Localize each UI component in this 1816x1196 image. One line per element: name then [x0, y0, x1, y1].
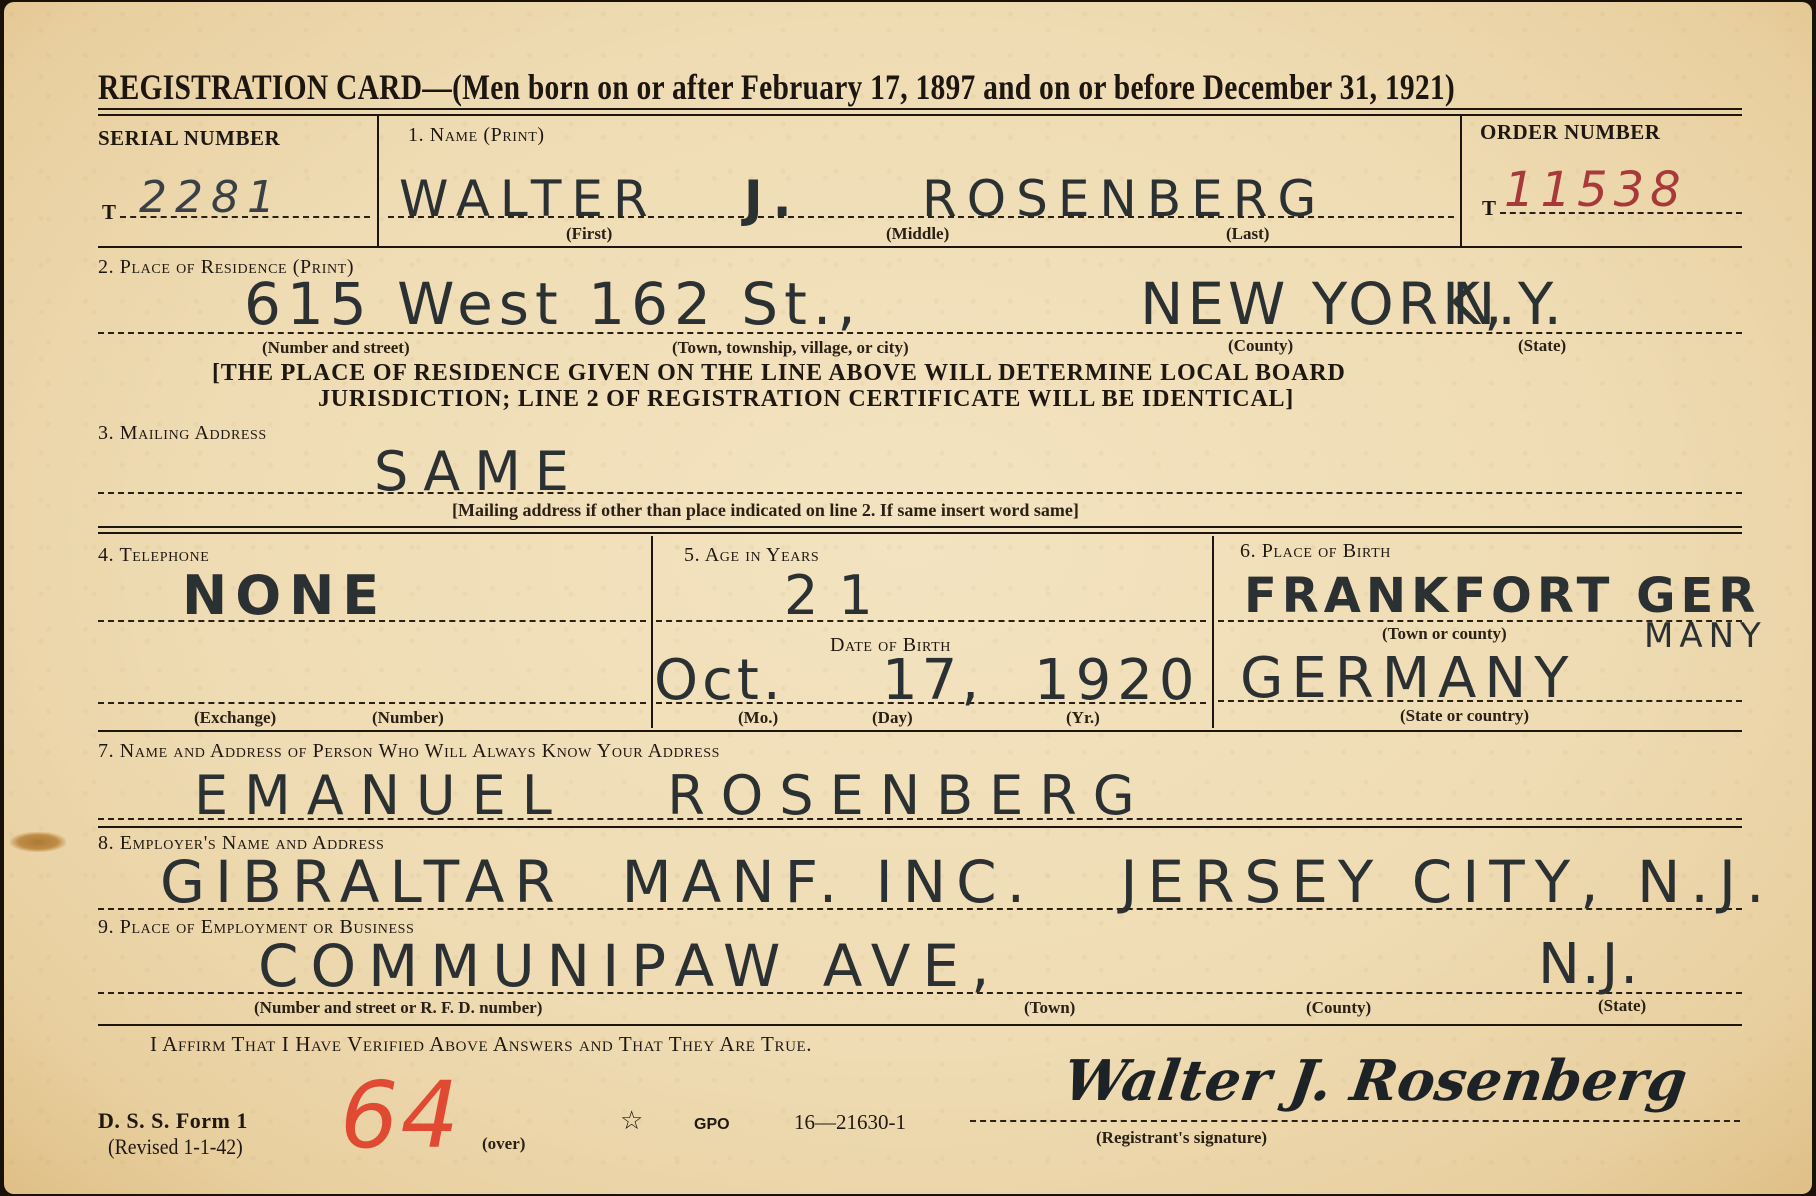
order-number-label: ORDER NUMBER	[1480, 120, 1660, 145]
rule	[98, 532, 1742, 534]
employment-county-sublabel: (County)	[1306, 998, 1371, 1018]
employment-state-sublabel: (State)	[1598, 996, 1646, 1016]
serial-prefix: T	[102, 200, 117, 225]
employment-town-sublabel: (Town)	[1024, 998, 1075, 1018]
rule	[98, 108, 1742, 110]
age-line	[656, 620, 1206, 622]
number-sublabel: (Number)	[372, 708, 444, 728]
birthplace-label: 6. Place of Birth	[1240, 540, 1391, 563]
rule	[98, 246, 1742, 248]
mo-sublabel: (Mo.)	[738, 708, 778, 728]
order-number-value: 11538	[1504, 162, 1687, 218]
registration-card: REGISTRATION CARD—(Men born on or after …	[4, 2, 1812, 1194]
mailing-value: SAME	[374, 440, 583, 503]
employment-street-sublabel: (Number and street or R. F. D. number)	[254, 998, 542, 1018]
red-crayon-number: 64	[340, 1062, 461, 1169]
order-prefix: T	[1482, 196, 1497, 221]
dob-day-value: 17,	[882, 648, 983, 713]
form-revised: (Revised 1-1-42)	[108, 1134, 243, 1160]
divider	[377, 116, 379, 248]
jurisdiction-notice-1: [THE PLACE OF RESIDENCE GIVEN ON THE LIN…	[212, 360, 1346, 387]
middle-initial-value: J.	[744, 170, 802, 228]
gpo-mark: GPO	[694, 1116, 730, 1134]
print-code: 16—21630-1	[794, 1110, 906, 1135]
birth-town-continued: MANY	[1644, 616, 1767, 656]
mailing-line	[98, 492, 1742, 494]
birth-country-value: GERMANY	[1240, 646, 1576, 711]
telephone-line-2	[98, 702, 646, 704]
yr-sublabel: (Yr.)	[1066, 708, 1100, 728]
last-sublabel: (Last)	[1226, 224, 1269, 244]
dob-month-value: Oct.	[654, 648, 785, 713]
affirmation-text: I Affirm That I Have Verified Above Answ…	[150, 1032, 812, 1057]
over-text: (over)	[482, 1134, 525, 1154]
birth-town-sublabel: (Town or county)	[1382, 624, 1507, 644]
serial-number-label: SERIAL NUMBER	[98, 126, 280, 151]
residence-county-sublabel: (County)	[1228, 336, 1293, 356]
mailing-note: [Mailing address if other than place ind…	[452, 500, 1079, 521]
mailing-label: 3. Mailing Address	[98, 422, 267, 445]
name-label: 1. Name (Print)	[408, 124, 545, 147]
telephone-value: NONE	[182, 564, 387, 627]
card-title: REGISTRATION CARD—(Men born on or after …	[98, 66, 1455, 108]
signature-sublabel: (Registrant's signature)	[1096, 1128, 1267, 1148]
contact-label: 7. Name and Address of Person Who Will A…	[98, 740, 720, 763]
registrant-signature: Walter J. Rosenberg	[1059, 1048, 1691, 1114]
last-name-value: ROSENBERG	[922, 170, 1326, 228]
residence-street-sublabel: (Number and street)	[262, 338, 410, 358]
day-sublabel: (Day)	[872, 708, 913, 728]
rule	[98, 826, 1742, 828]
contact-value: EMANUEL ROSENBERG	[194, 764, 1151, 827]
dob-year-value: 1920	[1034, 648, 1201, 713]
serial-number-value: 2281	[139, 172, 283, 223]
rust-stain	[10, 832, 66, 852]
first-sublabel: (First)	[566, 224, 612, 244]
employment-state-value: N.J.	[1538, 932, 1640, 997]
employment-street-value: COMMUNIPAW AVE,	[258, 932, 1001, 1000]
rule	[98, 1024, 1742, 1026]
residence-state-sublabel: (State)	[1518, 336, 1566, 356]
star-icon: ☆	[620, 1106, 643, 1136]
divider	[1212, 536, 1214, 728]
exchange-sublabel: (Exchange)	[194, 708, 276, 728]
residence-state-value: N.Y.	[1452, 270, 1564, 338]
jurisdiction-notice-2: JURISDICTION; LINE 2 OF REGISTRATION CER…	[318, 386, 1294, 413]
form-number: D. S. S. Form 1	[98, 1108, 248, 1134]
middle-sublabel: (Middle)	[886, 224, 949, 244]
first-name-value: WALTER	[399, 170, 658, 228]
divider	[651, 536, 653, 728]
signature-line	[970, 1120, 1740, 1122]
residence-street-value: 615 West 162 St.,	[244, 270, 862, 338]
divider	[1460, 116, 1462, 248]
rule	[98, 730, 1742, 732]
birth-country-sublabel: (State or country)	[1400, 706, 1529, 726]
rule	[98, 526, 1742, 528]
rule	[98, 114, 1742, 116]
employer-value: GIBRALTAR MANF. INC. JERSEY CITY, N.J.	[160, 848, 1774, 916]
age-value: 21	[784, 564, 893, 627]
residence-town-sublabel: (Town, township, village, or city)	[672, 338, 909, 358]
